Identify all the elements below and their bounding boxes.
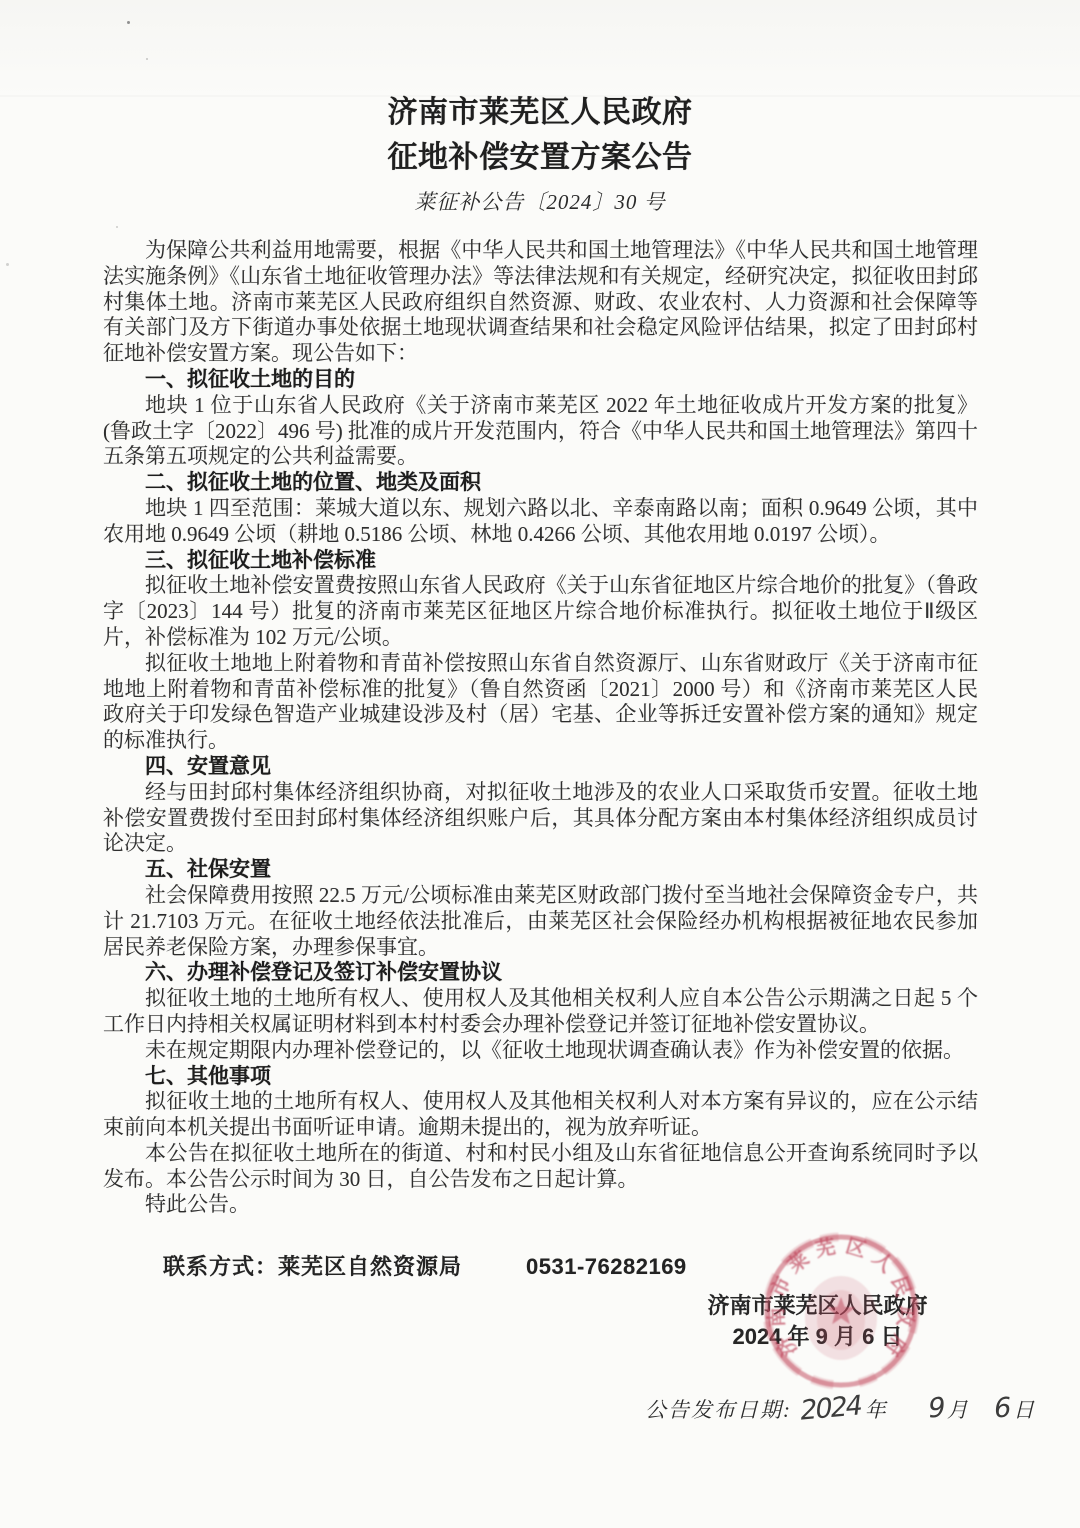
scanned-announcement-page: 济南市莱芜区人民政府 征地补偿安置方案公告 莱征补公告〔2024〕30 号 为保… xyxy=(0,0,1080,1528)
contact-label: 联系方式：莱芜区自然资源局 xyxy=(163,1254,462,1279)
release-label: 公告发布日期: xyxy=(645,1398,792,1422)
contact-line: 联系方式：莱芜区自然资源局0531-76282169 xyxy=(163,1250,687,1281)
section-heading-4: 四、安置意见 xyxy=(103,754,978,780)
paragraph: 拟征收土地地上附着物和青苗补偿按照山东省自然资源厅、山东省财政厅《关于济南市征地… xyxy=(103,651,978,754)
paragraph: 拟征收土地的土地所有权人、使用权人及其他相关权利人应自本公告公示期满之日起 5 … xyxy=(103,986,978,1038)
title-line-1: 济南市莱芜区人民政府 xyxy=(0,90,1080,135)
scan-speck xyxy=(127,21,130,24)
paragraph-intro: 为保障公共利益用地需要，根据《中华人民共和国土地管理法》《中华人民共和国土地管理… xyxy=(103,238,978,367)
paragraph-closing: 特此公告。 xyxy=(103,1192,978,1218)
release-year-unit: 年 xyxy=(865,1398,888,1422)
section-heading-7: 七、其他事项 xyxy=(103,1064,978,1090)
paragraph: 经与田封邱村集体经济组织协商，对拟征收土地涉及的农业人口采取货币安置。征收土地补… xyxy=(103,780,978,857)
release-day-unit: 日 xyxy=(1013,1398,1036,1422)
release-month-unit: 月 xyxy=(947,1398,970,1422)
title-line-2: 征地补偿安置方案公告 xyxy=(0,135,1080,180)
release-month-handwritten: 9 xyxy=(926,1391,945,1427)
release-day-handwritten: 6 xyxy=(992,1391,1011,1427)
scan-speck xyxy=(6,263,9,266)
paragraph: 本公告在拟征收土地所在的街道、村和村民小组及山东省征地信息公开查询系统同时予以发… xyxy=(103,1141,978,1193)
section-heading-6: 六、办理补偿登记及签订补偿安置协议 xyxy=(103,960,978,986)
document-number: 莱征补公告〔2024〕30 号 xyxy=(0,189,1080,215)
paragraph: 社会保障费用按照 22.5 万元/公顷标准由莱芜区财政部门拨付至当地社会保障资金… xyxy=(103,883,978,960)
contact-phone: 0531-76282169 xyxy=(526,1254,687,1279)
paragraph: 拟征收土地的土地所有权人、使用权人及其他相关权利人对本方案有异议的，应在公示结束… xyxy=(103,1089,978,1141)
release-year-handwritten: 2024 xyxy=(798,1389,863,1429)
scan-speck xyxy=(146,58,148,60)
section-heading-5: 五、社保安置 xyxy=(103,857,978,883)
scan-speck xyxy=(116,226,118,228)
paragraph: 拟征收土地补偿安置费按照山东省人民政府《关于山东省征地区片综合地价的批复》（鲁政… xyxy=(103,573,978,650)
paragraph: 地块 1 位于山东省人民政府《关于济南市莱芜区 2022 年土地征收成片开发方案… xyxy=(103,393,978,470)
paragraph: 地块 1 四至范围：莱城大道以东、规划六路以北、辛泰南路以南；面积 0.9649… xyxy=(103,496,978,548)
issuer-name: 济南市莱芜区人民政府 xyxy=(705,1290,930,1321)
document-title: 济南市莱芜区人民政府 征地补偿安置方案公告 xyxy=(0,90,1080,180)
section-heading-1: 一、拟征收土地的目的 xyxy=(103,367,978,393)
paragraph: 未在规定期限内办理补偿登记的，以《征收土地现状调查确认表》作为补偿安置的依据。 xyxy=(103,1038,978,1064)
document-body: 为保障公共利益用地需要，根据《中华人民共和国土地管理法》《中华人民共和国土地管理… xyxy=(103,238,978,1218)
section-heading-2: 二、拟征收土地的位置、地类及面积 xyxy=(103,470,978,496)
release-date-line: 公告发布日期:2024年9月6日 xyxy=(645,1392,1036,1427)
signature-block: 济南市莱芜区人民政府 2024 年 9 月 6 日 xyxy=(705,1290,930,1352)
section-heading-3: 三、拟征收土地补偿标准 xyxy=(103,548,978,574)
issue-date: 2024 年 9 月 6 日 xyxy=(705,1321,930,1352)
